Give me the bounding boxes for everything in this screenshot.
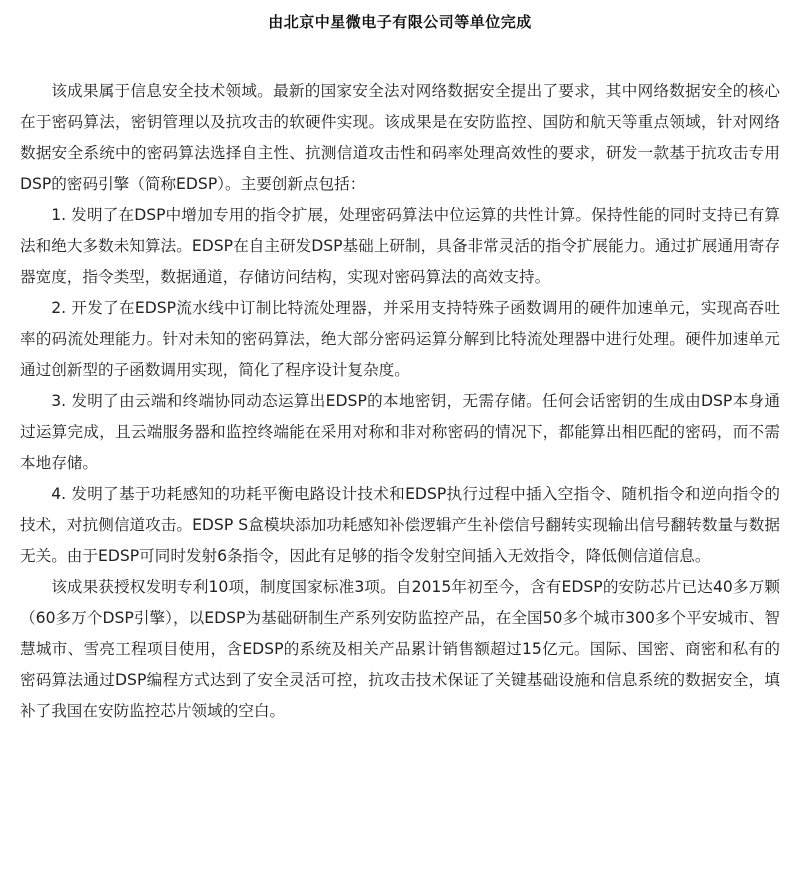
paragraph-innovation-2: 2. 开发了在EDSP流水线中订制比特流处理器，并采用支持特殊子函数调用的硬件加… [20,293,780,386]
document-body: 该成果属于信息安全技术领域。最新的国家安全法对网络数据安全提出了要求，其中网络数… [20,76,780,727]
document-title: 由北京中星微电子有限公司等单位完成 [20,0,780,34]
paragraph-innovation-4: 4. 发明了基于功耗感知的功耗平衡电路设计技术和EDSP执行过程中插入空指令、随… [20,479,780,572]
paragraph-achievements: 该成果获授权发明专利10项，制度国家标准3项。自2015年初至今，含有EDSP的… [20,572,780,727]
document-page: 由北京中星微电子有限公司等单位完成 该成果属于信息安全技术领域。最新的国家安全法… [0,0,800,883]
paragraph-innovation-1: 1. 发明了在DSP中增加专用的指令扩展，处理密码算法中位运算的共性计算。保持性… [20,200,780,293]
paragraph-intro: 该成果属于信息安全技术领域。最新的国家安全法对网络数据安全提出了要求，其中网络数… [20,76,780,200]
paragraph-innovation-3: 3. 发明了由云端和终端协同动态运算出EDSP的本地密钥，无需存储。任何会话密钥… [20,386,780,479]
